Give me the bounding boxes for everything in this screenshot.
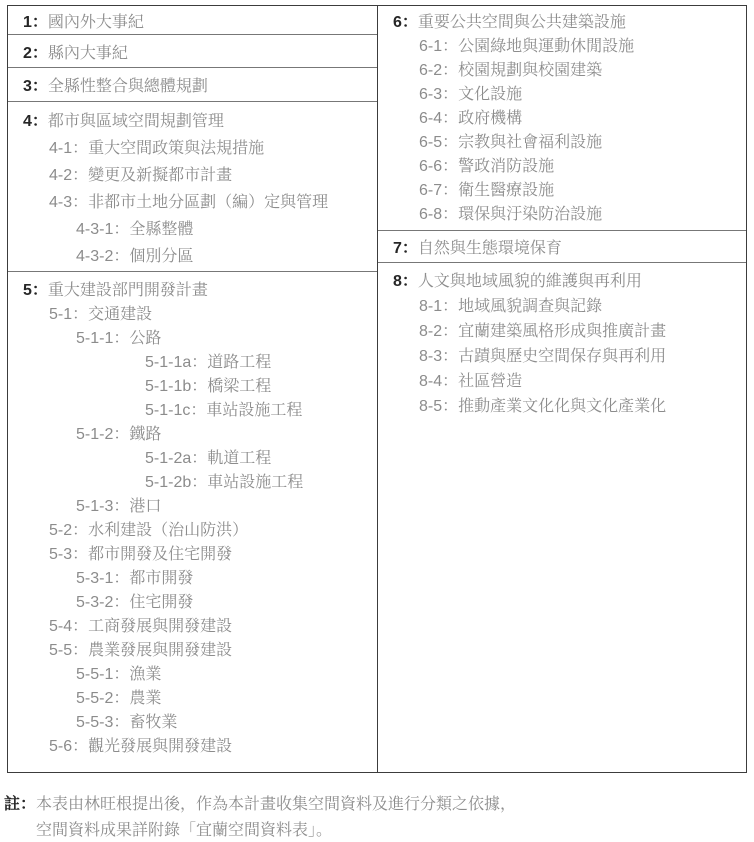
item-label: 農業 [129, 690, 161, 707]
item-6-1: 6-1：公園綠地與運動休閒設施 [378, 35, 746, 59]
table-row-4: 4：都市與區域空間規劃管理4-1：重大空間政策與法規措施4-2：變更及新擬都市計… [8, 102, 377, 272]
item-number: 5-1-1a： [145, 354, 207, 371]
item-number: 5-3-1： [76, 570, 129, 587]
item-5-1: 5-1：交通建設 [8, 303, 377, 327]
item-label: 道路工程 [207, 354, 271, 371]
item-label: 全縣性整合與總體規劃 [48, 78, 208, 95]
table-row-6: 6：重要公共空間與公共建築設施6-1：公園綠地與運動休閒設施6-2：校園規劃與校… [378, 6, 746, 231]
item-5: 5：重大建設部門開發計畫 [8, 279, 377, 303]
item-number: 8-4： [419, 373, 458, 390]
item-6-8: 6-8：環保與汙染防治設施 [378, 203, 746, 227]
item-5-2: 5-2：水利建設（治山防洪） [8, 519, 377, 543]
table-row-5: 5：重大建設部門開發計畫5-1：交通建設5-1-1：公路5-1-1a：道路工程5… [8, 272, 377, 772]
item-6: 6：重要公共空間與公共建築設施 [378, 11, 746, 35]
item-8-3: 8-3：古蹟與歷史空間保存與再利用 [378, 344, 746, 369]
table-row-1: 1：國內外大事紀 [8, 6, 377, 35]
item-label: 環保與汙染防治設施 [458, 206, 602, 223]
item-label: 漁業 [129, 666, 161, 683]
item-number: 3： [23, 78, 48, 95]
item-number: 5-1-2： [76, 426, 129, 443]
item-label: 公路 [129, 330, 161, 347]
item-label: 觀光發展與開發建設 [88, 738, 232, 755]
item-5-3-1: 5-3-1：都市開發 [8, 567, 377, 591]
item-label: 畜牧業 [129, 714, 177, 731]
table-row-2: 2：縣內大事紀 [8, 35, 377, 68]
item-number: 6-8： [419, 206, 458, 223]
item-number: 5-4： [49, 618, 88, 635]
item-number: 4-3-2： [76, 248, 129, 265]
item-4-2: 4-2：變更及新擬都市計畫 [8, 162, 377, 189]
item-label: 重大空間政策與法規措施 [88, 140, 264, 157]
item-label: 古蹟與歷史空間保存與再利用 [458, 348, 666, 365]
item-number: 6： [393, 14, 418, 31]
item-number: 1： [23, 14, 48, 31]
item-number: 2： [23, 45, 48, 62]
item-number: 5-1-1c： [145, 402, 206, 419]
item-label: 車站設施工程 [206, 402, 302, 419]
item-label: 推動產業文化化與文化產業化 [458, 398, 666, 415]
item-label: 軌道工程 [207, 450, 271, 467]
item-5-1-1a: 5-1-1a：道路工程 [8, 351, 377, 375]
item-number: 5-1-2b： [145, 474, 207, 491]
footnote-line-2: 空間資料成果詳附錄「宜蘭空間資料表」。 [36, 818, 516, 842]
item-5-5-3: 5-5-3：畜牧業 [8, 711, 377, 735]
item-6-3: 6-3：文化設施 [378, 83, 746, 107]
item-5-1-1b: 5-1-1b：橋梁工程 [8, 375, 377, 399]
item-label: 農業發展與開發建設 [88, 642, 232, 659]
item-label: 都市開發及住宅開發 [88, 546, 232, 563]
item-number: 6-2： [419, 62, 458, 79]
item-number: 4-2： [49, 167, 88, 184]
item-label: 公園綠地與運動休閒設施 [458, 38, 634, 55]
item-4-3-1: 4-3-1：全縣整體 [8, 216, 377, 243]
item-6-6: 6-6：警政消防設施 [378, 155, 746, 179]
item-1: 1：國內外大事紀 [8, 9, 144, 32]
item-label: 宜蘭建築風格形成與推廣計畫 [458, 323, 666, 340]
item-number: 4-1： [49, 140, 88, 157]
item-5-1-2b: 5-1-2b：車站設施工程 [8, 471, 377, 495]
item-label: 自然與生態環境保育 [418, 240, 562, 257]
item-8-1: 8-1：地域風貌調查與記錄 [378, 294, 746, 319]
item-number: 8-5： [419, 398, 458, 415]
item-5-5-2: 5-5-2：農業 [8, 687, 377, 711]
item-label: 社區營造 [458, 373, 522, 390]
item-number: 5-5： [49, 642, 88, 659]
table-row-3: 3：全縣性整合與總體規劃 [8, 68, 377, 102]
item-number: 8： [393, 273, 418, 290]
item-number: 5-1-3： [76, 498, 129, 515]
item-number: 5-5-3： [76, 714, 129, 731]
item-label: 警政消防設施 [458, 158, 554, 175]
item-number: 5-5-2： [76, 690, 129, 707]
item-label: 都市開發 [129, 570, 193, 587]
item-number: 4-3-1： [76, 221, 129, 238]
item-number: 8-3： [419, 348, 458, 365]
item-label: 重大建設部門開發計畫 [48, 282, 208, 299]
item-5-3-2: 5-3-2：住宅開發 [8, 591, 377, 615]
left-column: 1：國內外大事紀2：縣內大事紀3：全縣性整合與總體規劃4：都市與區域空間規劃管理… [8, 6, 378, 772]
item-number: 5-5-1： [76, 666, 129, 683]
item-6-7: 6-7：衛生醫療設施 [378, 179, 746, 203]
right-column: 6：重要公共空間與公共建築設施6-1：公園綠地與運動休閒設施6-2：校園規劃與校… [378, 6, 746, 772]
item-5-5-1: 5-5-1：漁業 [8, 663, 377, 687]
footnote-line-1: 本表由林旺根提出後，作為本計畫收集空間資料及進行分類之依據， [36, 792, 516, 818]
table-row-7: 7：自然與生態環境保育 [378, 231, 746, 263]
item-4-3-2: 4-3-2：個別分區 [8, 243, 377, 270]
item-label: 鐵路 [129, 426, 161, 443]
item-number: 8-2： [419, 323, 458, 340]
item-5-3: 5-3：都市開發及住宅開發 [8, 543, 377, 567]
footnote: 註： 本表由林旺根提出後，作為本計畫收集空間資料及進行分類之依據， 空間資料成果… [4, 792, 516, 842]
item-label: 工商發展與開發建設 [88, 618, 232, 635]
item-5-1-1: 5-1-1：公路 [8, 327, 377, 351]
item-label: 都市與區域空間規劃管理 [48, 113, 224, 130]
footnote-label: 註： [4, 792, 36, 842]
item-5-4: 5-4：工商發展與開發建設 [8, 615, 377, 639]
item-4-1: 4-1：重大空間政策與法規措施 [8, 135, 377, 162]
item-8: 8：人文與地域風貌的維護與再利用 [378, 269, 746, 294]
classification-table: 1：國內外大事紀2：縣內大事紀3：全縣性整合與總體規劃4：都市與區域空間規劃管理… [7, 5, 747, 773]
item-5-1-3: 5-1-3：港口 [8, 495, 377, 519]
item-label: 校園規劃與校園建築 [458, 62, 602, 79]
item-label: 政府機構 [458, 110, 522, 127]
item-label: 港口 [129, 498, 161, 515]
item-label: 住宅開發 [129, 594, 193, 611]
item-number: 5-3-2： [76, 594, 129, 611]
item-number: 6-5： [419, 134, 458, 151]
item-label: 文化設施 [458, 86, 522, 103]
footnote-body: 本表由林旺根提出後，作為本計畫收集空間資料及進行分類之依據， 空間資料成果詳附錄… [36, 792, 516, 842]
item-number: 6-3： [419, 86, 458, 103]
item-5-1-2: 5-1-2：鐵路 [8, 423, 377, 447]
item-number: 5-1-2a： [145, 450, 207, 467]
item-3: 3：全縣性整合與總體規劃 [8, 73, 208, 96]
item-number: 5-3： [49, 546, 88, 563]
item-label: 水利建設（治山防洪） [88, 522, 248, 539]
item-label: 地域風貌調查與記錄 [458, 298, 602, 315]
item-4: 4：都市與區域空間規劃管理 [8, 108, 377, 135]
item-8-4: 8-4：社區營造 [378, 369, 746, 394]
table-row-8: 8：人文與地域風貌的維護與再利用8-1：地域風貌調查與記錄8-2：宜蘭建築風格形… [378, 263, 746, 772]
item-6-4: 6-4：政府機構 [378, 107, 746, 131]
item-label: 全縣整體 [129, 221, 193, 238]
item-5-5: 5-5：農業發展與開發建設 [8, 639, 377, 663]
page: 1：國內外大事紀2：縣內大事紀3：全縣性整合與總體規劃4：都市與區域空間規劃管理… [0, 0, 754, 842]
item-number: 5-1： [49, 306, 88, 323]
item-number: 5-6： [49, 738, 88, 755]
item-number: 4-3： [49, 194, 88, 211]
item-label: 個別分區 [129, 248, 193, 265]
item-number: 6-7： [419, 182, 458, 199]
item-5-1-1c: 5-1-1c：車站設施工程 [8, 399, 377, 423]
item-7: 7：自然與生態環境保育 [378, 235, 562, 258]
item-number: 6-6： [419, 158, 458, 175]
item-label: 宗教與社會福利設施 [458, 134, 602, 151]
item-label: 車站設施工程 [207, 474, 303, 491]
item-6-2: 6-2：校園規劃與校園建築 [378, 59, 746, 83]
item-label: 國內外大事紀 [48, 14, 144, 31]
item-number: 5-1-1b： [145, 378, 207, 395]
item-6-5: 6-5：宗教與社會福利設施 [378, 131, 746, 155]
item-5-6: 5-6：觀光發展與開發建設 [8, 735, 377, 759]
item-label: 橋梁工程 [207, 378, 271, 395]
item-number: 6-1： [419, 38, 458, 55]
item-2: 2：縣內大事紀 [8, 40, 128, 63]
item-8-5: 8-5：推動產業文化化與文化產業化 [378, 394, 746, 419]
item-number: 5-1-1： [76, 330, 129, 347]
item-5-1-2a: 5-1-2a：軌道工程 [8, 447, 377, 471]
item-number: 6-4： [419, 110, 458, 127]
item-label: 人文與地域風貌的維護與再利用 [418, 273, 642, 290]
item-number: 8-1： [419, 298, 458, 315]
item-label: 變更及新擬都市計畫 [88, 167, 232, 184]
item-number: 4： [23, 113, 48, 130]
item-label: 交通建設 [88, 306, 152, 323]
item-8-2: 8-2：宜蘭建築風格形成與推廣計畫 [378, 319, 746, 344]
item-label: 非都市土地分區劃（編）定與管理 [88, 194, 328, 211]
item-number: 5-2： [49, 522, 88, 539]
item-4-3: 4-3：非都市土地分區劃（編）定與管理 [8, 189, 377, 216]
item-label: 縣內大事紀 [48, 45, 128, 62]
item-label: 重要公共空間與公共建築設施 [418, 14, 626, 31]
item-number: 7： [393, 240, 418, 257]
item-number: 5： [23, 282, 48, 299]
item-label: 衛生醫療設施 [458, 182, 554, 199]
